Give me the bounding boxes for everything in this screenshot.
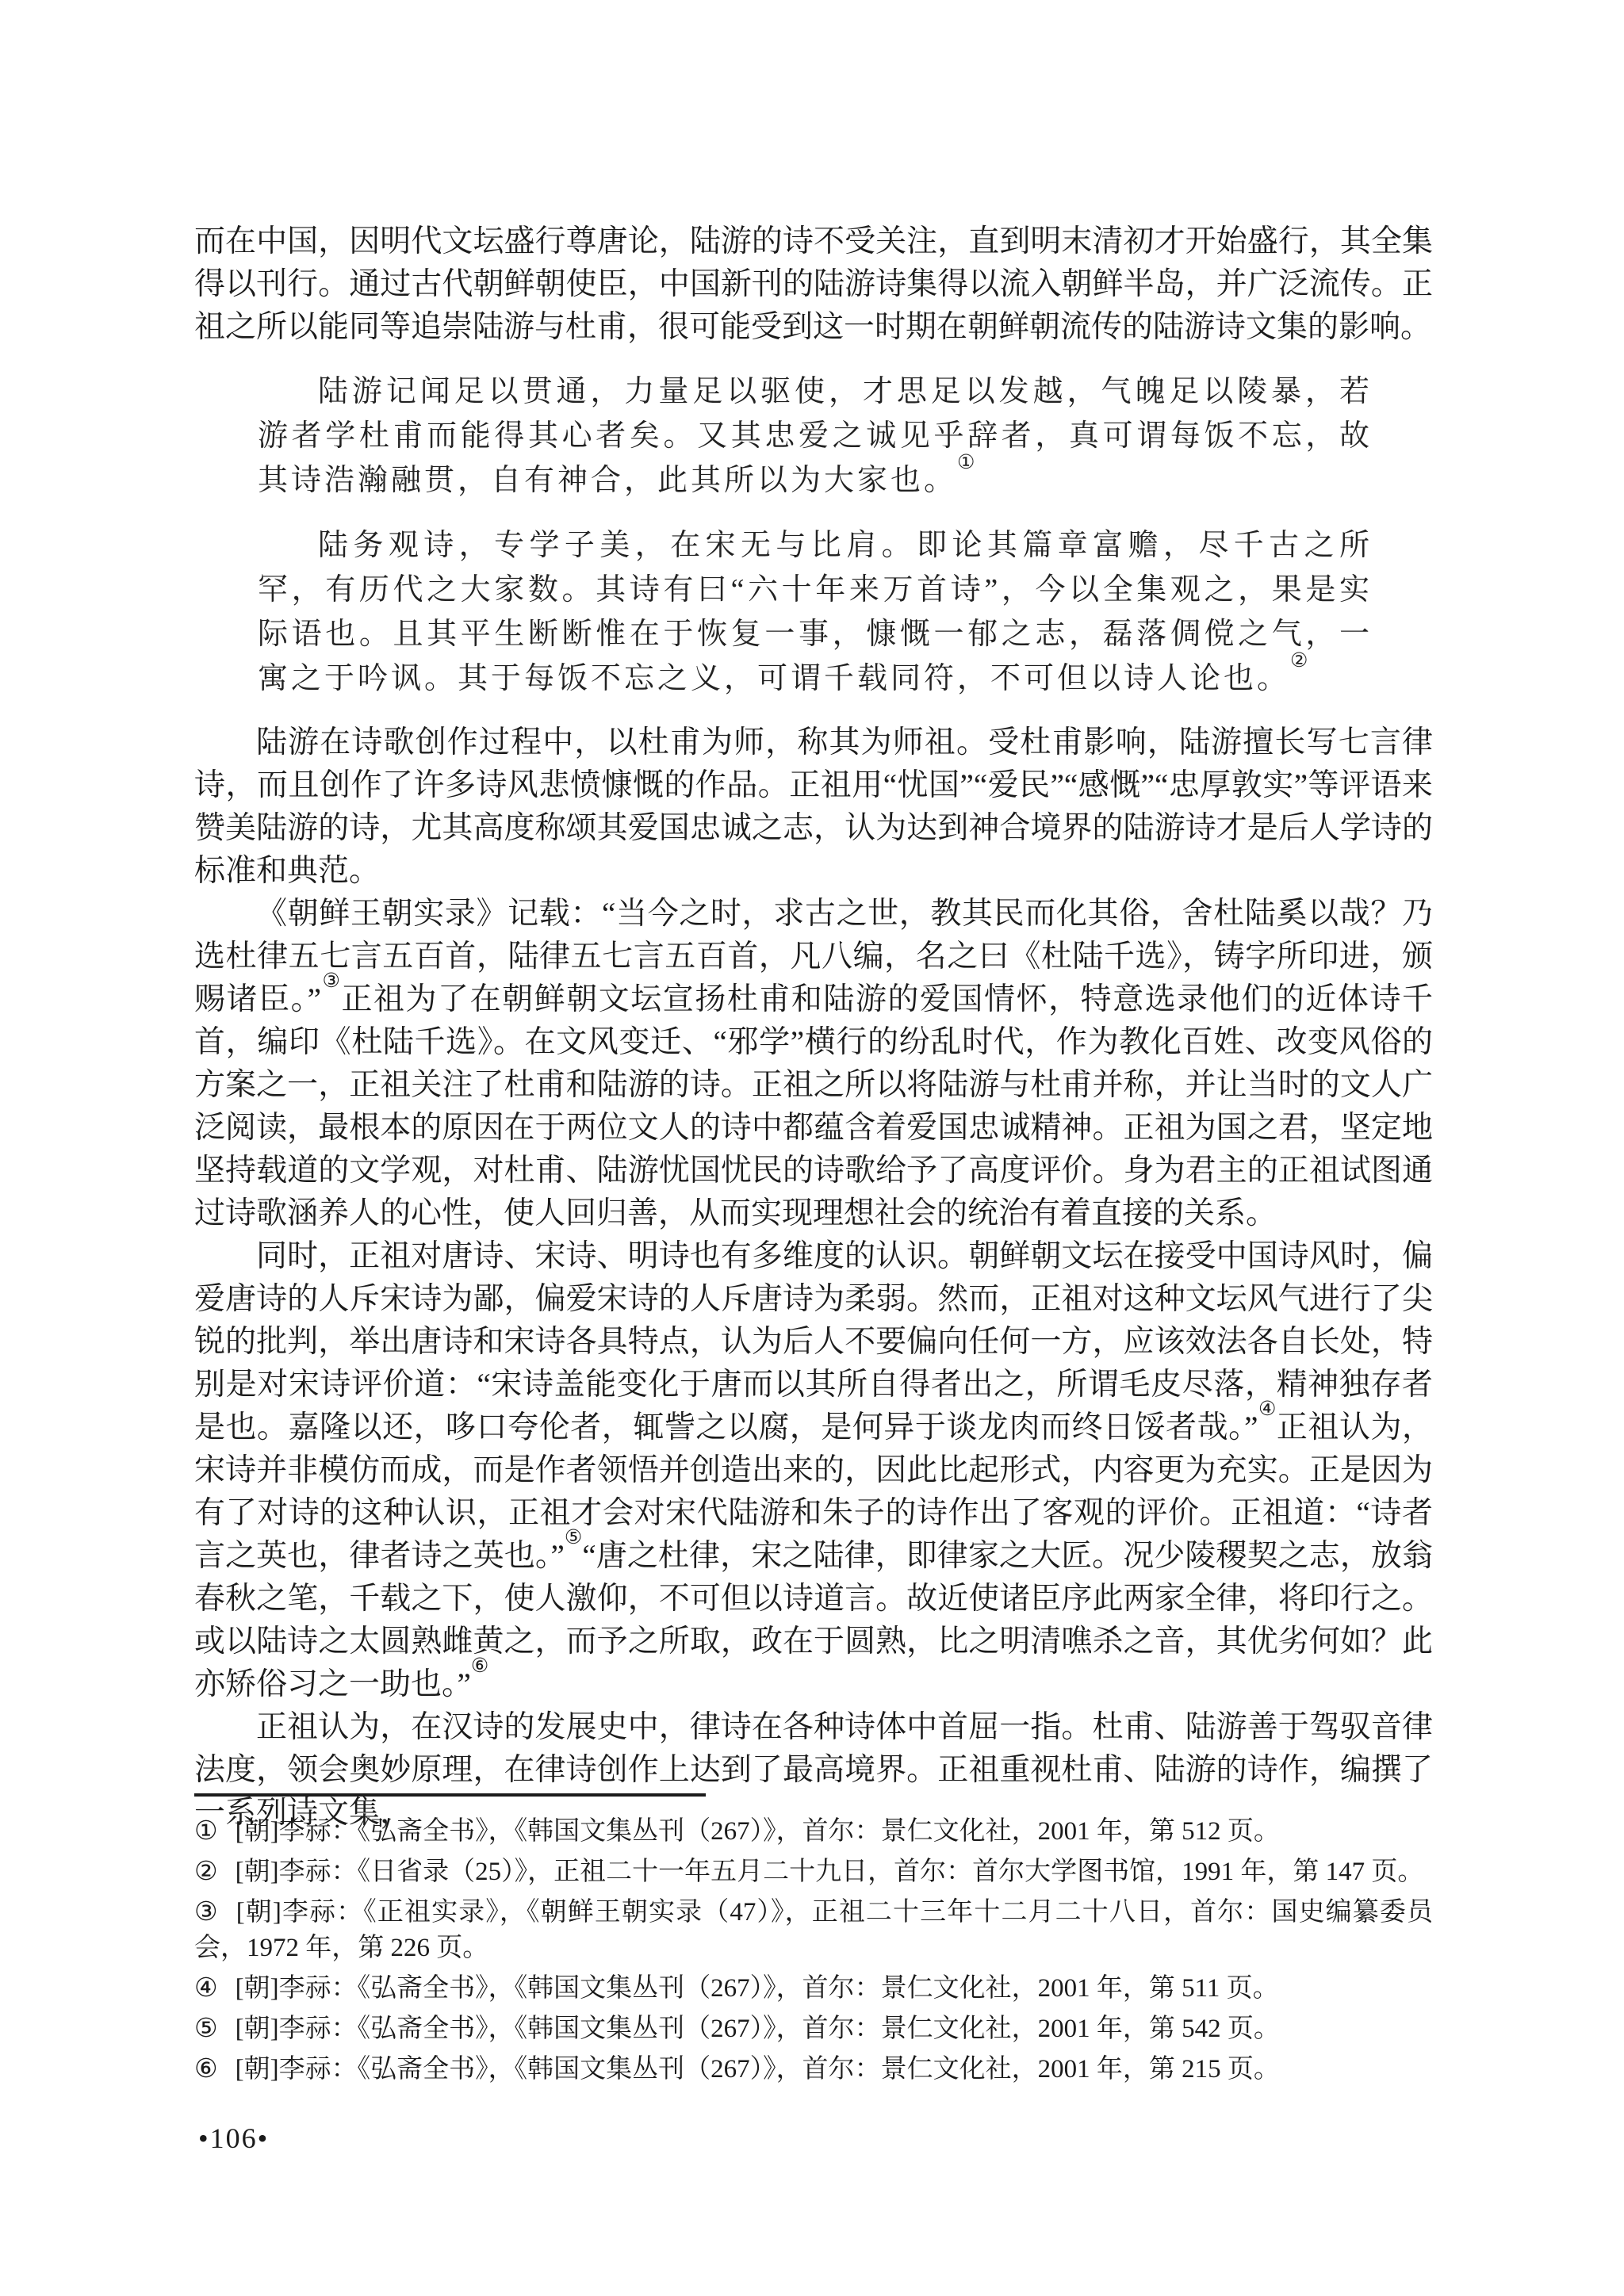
paragraph: 同时，正祖对唐诗、宋诗、明诗也有多维度的认识。朝鲜朝文坛在接受中国诗风时，偏爱唐…	[194, 1235, 1433, 1706]
footnote-marker: ④	[194, 1974, 218, 2003]
footnote-item: ②[朝]李祘：《日省录（25）》，正祖二十一年五月二十九日，首尔：首尔大学图书馆…	[194, 1854, 1433, 1890]
paragraph: 而在中国，因明代文坛盛行尊唐论，陆游的诗不受关注，直到明末清初才开始盛行，其全集…	[194, 220, 1433, 349]
footnote-marker: ③	[194, 1898, 219, 1927]
footnote-item: ④[朝]李祘：《弘斋全书》，《韩国文集丛刊（267）》，首尔：景仁文化社，200…	[194, 1971, 1433, 2007]
footnote-separator	[194, 1793, 706, 1797]
block-quote: 陆务观诗，专学子美，在宋无与比肩。即论其篇章富赡，尽千古之所罕，有历代之大家数。…	[258, 523, 1373, 701]
block-quote: 陆游记闻足以贯通，力量足以驱使，才思足以发越，气魄足以陵暴，若游者学杜甫而能得其…	[258, 369, 1373, 503]
footnote-ref: ④	[1258, 1399, 1276, 1420]
footnote-text: [朝]李祘：《弘斋全书》，《韩国文集丛刊（267）》，首尔：景仁文化社，2001…	[236, 2015, 1280, 2043]
footnote-text: [朝]李祘：《弘斋全书》，《韩国文集丛刊（267）》，首尔：景仁文化社，2001…	[236, 1974, 1279, 2003]
footnote-ref: ⑤	[565, 1527, 583, 1548]
document-page: 而在中国，因明代文坛盛行尊唐论，陆游的诗不受关注，直到明末清初才开始盛行，其全集…	[0, 0, 1624, 2296]
footnote-text: [朝]李祘：《正祖实录》，《朝鲜王朝实录（47）》，正祖二十三年十二月二十八日，…	[194, 1898, 1433, 1962]
footnote-item: ①[朝]李祘：《弘斋全书》，《韩国文集丛刊（267）》，首尔：景仁文化社，200…	[194, 1814, 1433, 1850]
footnote-marker: ②	[194, 1858, 218, 1886]
footnote-text: [朝]李祘：《弘斋全书》，《韩国文集丛刊（267）》，首尔：景仁文化社，2001…	[236, 1817, 1280, 1846]
main-text: 而在中国，因明代文坛盛行尊唐论，陆游的诗不受关注，直到明末清初才开始盛行，其全集…	[194, 220, 1433, 1835]
footnote-marker: ⑤	[194, 2015, 218, 2043]
footnote-ref: ②	[1290, 650, 1308, 672]
footnote-ref: ⑥	[471, 1655, 488, 1677]
footnote-marker: ①	[194, 1817, 218, 1846]
footnote-marker: ⑥	[194, 2055, 218, 2084]
paragraph: 《朝鲜王朝实录》记载：“当今之时，求古之世，教其民而化其俗，舍杜陆奚以哉？乃选杜…	[194, 893, 1433, 1235]
footnote-list: ①[朝]李祘：《弘斋全书》，《韩国文集丛刊（267）》，首尔：景仁文化社，200…	[194, 1814, 1433, 2087]
footnote-text: [朝]李祘：《日省录（25）》，正祖二十一年五月二十九日，首尔：首尔大学图书馆，…	[236, 1858, 1424, 1886]
footnote-ref: ③	[321, 970, 341, 992]
footnote-text: [朝]李祘：《弘斋全书》，《韩国文集丛刊（267）》，首尔：景仁文化社，2001…	[236, 2055, 1280, 2084]
footnote-section: ①[朝]李祘：《弘斋全书》，《韩国文集丛刊（267）》，首尔：景仁文化社，200…	[194, 1793, 1433, 2092]
footnote-ref: ①	[957, 452, 975, 473]
footnote-item: ⑥[朝]李祘：《弘斋全书》，《韩国文集丛刊（267）》，首尔：景仁文化社，200…	[194, 2052, 1433, 2087]
footnote-item: ③[朝]李祘：《正祖实录》，《朝鲜王朝实录（47）》，正祖二十三年十二月二十八日…	[194, 1895, 1433, 1966]
paragraph: 陆游在诗歌创作过程中，以杜甫为师，称其为师祖。受杜甫影响，陆游擅长写七言律诗，而…	[194, 721, 1433, 893]
footnote-item: ⑤[朝]李祘：《弘斋全书》，《韩国文集丛刊（267）》，首尔：景仁文化社，200…	[194, 2011, 1433, 2047]
page-number: •106•	[198, 2122, 269, 2155]
